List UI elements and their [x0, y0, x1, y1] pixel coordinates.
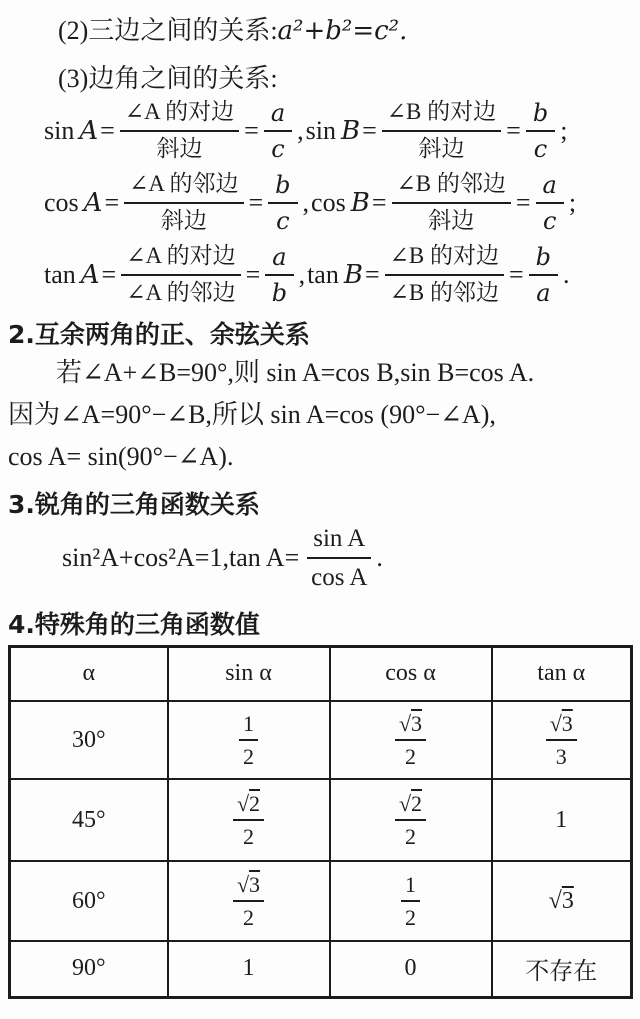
- tan-45-cell: 1: [492, 779, 632, 861]
- sin-60-cell: √3 2: [168, 861, 330, 941]
- variable: A: [81, 260, 100, 290]
- radical-sign: √: [237, 872, 249, 897]
- fraction-denominator: 斜边: [161, 204, 207, 236]
- fraction-denominator: 斜边: [428, 204, 474, 236]
- cos-30-cell: √3 2: [330, 701, 492, 779]
- pythagorean-formula: a²+b²=c².: [278, 16, 408, 46]
- fraction-numerator: a: [265, 242, 293, 276]
- variable: B: [351, 188, 370, 218]
- fraction: a b: [265, 242, 293, 308]
- radicand: 3: [562, 711, 573, 736]
- equals-sign: =: [372, 188, 387, 218]
- fraction-denominator: c: [543, 204, 556, 236]
- section-4-heading: 4.特殊角的三角函数值: [4, 608, 634, 641]
- equals-sign: =: [509, 260, 524, 290]
- header-tan-alpha: tan α: [492, 646, 632, 701]
- fraction: √3 2: [395, 710, 426, 771]
- fraction: √2 2: [395, 790, 426, 851]
- sides-relation-line: (2)三边之间的关系:a²+b²=c².: [4, 14, 634, 48]
- textbook-page: (2)三边之间的关系:a²+b²=c². (3)边角之间的关系: sin A =…: [0, 0, 640, 1019]
- fraction: ∠A 的邻边 斜边: [124, 170, 243, 236]
- fraction-denominator: c: [276, 204, 289, 236]
- fraction-denominator: a: [536, 276, 550, 308]
- fraction-denominator: 2: [405, 902, 416, 932]
- cos-45-cell: √2 2: [330, 779, 492, 861]
- section-2-paragraph-3: cos A= sin(90°−∠A).: [4, 440, 634, 474]
- fraction-denominator: c: [271, 132, 284, 164]
- radical-sign: √: [237, 791, 249, 816]
- angle-value: 30°: [10, 701, 168, 779]
- fraction-denominator: 2: [243, 821, 254, 851]
- fraction: √2 2: [233, 790, 264, 851]
- fraction-numerator: 1: [239, 710, 258, 742]
- function-name: tan: [307, 260, 339, 290]
- sin-30-cell: 1 2: [168, 701, 330, 779]
- radicand: 3: [249, 872, 260, 897]
- equals-sign: =: [516, 188, 531, 218]
- equals-sign: =: [100, 116, 115, 146]
- section-2-heading: 2.互余两角的正、余弦关系: [4, 318, 634, 351]
- angle-value: 90°: [10, 941, 168, 997]
- fraction: b c: [268, 170, 297, 236]
- function-name: tan: [44, 260, 76, 290]
- fraction-denominator: 斜边: [418, 132, 464, 164]
- variable: A: [79, 116, 98, 146]
- radicand: 3: [562, 888, 574, 914]
- fraction: a c: [264, 98, 292, 164]
- sides-relation-label: (2)三边之间的关系:: [58, 16, 278, 45]
- function-name: sin: [44, 116, 74, 146]
- sin-definition-formula: sin A = ∠A 的对边 斜边 = a c , sin B = ∠B 的对边…: [4, 98, 634, 164]
- header-cos-alpha: cos α: [330, 646, 492, 701]
- fraction-denominator: b: [272, 276, 287, 308]
- fraction-denominator: 3: [556, 741, 567, 771]
- fraction-numerator: a: [536, 170, 564, 204]
- variable: B: [341, 116, 360, 146]
- fraction-numerator: ∠B 的对边: [385, 242, 504, 276]
- section-2-paragraph-2: 因为∠A=90°−∠B,所以 sin A=cos (90°−∠A),: [4, 398, 634, 432]
- side-angle-relation-label: (3)边角之间的关系:: [58, 64, 278, 93]
- fraction-numerator: √2: [395, 790, 426, 822]
- table-row-60deg: 60° √3 2 1 2 √3: [10, 861, 632, 941]
- equals-sign: =: [362, 116, 377, 146]
- identity-left-side: sin²A+cos²A=1,tan A=: [62, 543, 299, 573]
- punctuation: .: [563, 260, 570, 290]
- fraction-numerator: ∠A 的对边: [120, 98, 239, 132]
- fraction: ∠B 的邻边 斜边: [392, 170, 511, 236]
- fraction: b a: [529, 242, 558, 308]
- fraction-numerator: √3: [233, 871, 264, 903]
- fraction-numerator: sin A: [307, 523, 371, 559]
- radicand: 2: [411, 791, 422, 816]
- angle-value: 60°: [10, 861, 168, 941]
- radical-sign: √: [399, 711, 411, 736]
- fraction-denominator: 2: [405, 821, 416, 851]
- fraction-numerator: b: [268, 170, 297, 204]
- punctuation: ;: [560, 116, 567, 146]
- fraction-denominator: c: [534, 132, 547, 164]
- fraction-denominator: cos A: [311, 559, 367, 593]
- punctuation: .: [376, 543, 383, 573]
- fraction-numerator: ∠A 的对边: [121, 242, 240, 276]
- fraction-denominator: 斜边: [156, 132, 202, 164]
- fraction: a c: [536, 170, 564, 236]
- header-sin-alpha: sin α: [168, 646, 330, 701]
- fraction: √3 2: [233, 871, 264, 932]
- equals-sign: =: [244, 116, 259, 146]
- equals-sign: =: [102, 260, 117, 290]
- radicand: 2: [249, 791, 260, 816]
- fraction-numerator: √3: [546, 710, 577, 742]
- header-alpha: α: [10, 646, 168, 701]
- fraction-numerator: b: [526, 98, 555, 132]
- fraction-numerator: ∠A 的邻边: [124, 170, 243, 204]
- function-name: cos: [44, 188, 79, 218]
- fraction-denominator: 2: [405, 741, 416, 771]
- table-row-90deg: 90° 1 0 不存在: [10, 941, 632, 997]
- equals-sign: =: [249, 188, 264, 218]
- section-3-heading: 3.锐角的三角函数关系: [4, 488, 634, 521]
- equals-sign: =: [104, 188, 119, 218]
- sin-45-cell: √2 2: [168, 779, 330, 861]
- fraction-denominator: ∠A 的邻边: [126, 276, 235, 308]
- variable: B: [344, 260, 363, 290]
- radical-sign: √: [549, 888, 562, 914]
- cos-90-cell: 0: [330, 941, 492, 997]
- cos-60-cell: 1 2: [330, 861, 492, 941]
- fraction: ∠B 的对边 ∠B 的邻边: [385, 242, 504, 308]
- equals-sign: =: [506, 116, 521, 146]
- side-angle-relation-line: (3)边角之间的关系:: [4, 62, 634, 96]
- table-row-30deg: 30° 1 2 √3 2 √3 3: [10, 701, 632, 779]
- comma: ,: [297, 116, 304, 146]
- tan-30-cell: √3 3: [492, 701, 632, 779]
- fraction-numerator: √2: [233, 790, 264, 822]
- radical-sign: √: [399, 791, 411, 816]
- angle-value: 45°: [10, 779, 168, 861]
- fraction: sin A cos A: [307, 523, 371, 594]
- sin-90-cell: 1: [168, 941, 330, 997]
- radicand: 3: [411, 711, 422, 736]
- fraction: ∠A 的对边 斜边: [120, 98, 239, 164]
- table-header-row: α sin α cos α tan α: [10, 646, 632, 701]
- tan-90-cell: 不存在: [492, 941, 632, 997]
- fraction-denominator: 2: [243, 741, 254, 771]
- comma: ,: [299, 260, 306, 290]
- comma: ,: [303, 188, 310, 218]
- fraction: ∠B 的对边 斜边: [382, 98, 501, 164]
- equals-sign: =: [365, 260, 380, 290]
- trig-identity-formula: sin²A+cos²A=1,tan A= sin A cos A .: [4, 523, 634, 594]
- fraction: ∠A 的对边 ∠A 的邻边: [121, 242, 240, 308]
- fraction: 1 2: [401, 871, 420, 932]
- square-root-value: √3: [549, 888, 574, 914]
- table-row-45deg: 45° √2 2 √2 2 1: [10, 779, 632, 861]
- fraction: 1 2: [239, 710, 258, 771]
- fraction-denominator: ∠B 的邻边: [390, 276, 499, 308]
- cos-definition-formula: cos A = ∠A 的邻边 斜边 = b c , cos B = ∠B 的邻边…: [4, 170, 634, 236]
- radical-sign: √: [550, 711, 562, 736]
- fraction: b c: [526, 98, 555, 164]
- punctuation: ;: [569, 188, 576, 218]
- fraction: √3 3: [546, 710, 577, 771]
- tan-60-cell: √3: [492, 861, 632, 941]
- fraction-numerator: 1: [401, 871, 420, 903]
- fraction-numerator: ∠B 的邻边: [392, 170, 511, 204]
- fraction-denominator: 2: [243, 902, 254, 932]
- fraction-numerator: b: [529, 242, 558, 276]
- special-angle-values-table: α sin α cos α tan α 30° 1 2 √3 2 √3: [8, 645, 633, 999]
- tan-definition-formula: tan A = ∠A 的对边 ∠A 的邻边 = a b , tan B = ∠B…: [4, 242, 634, 308]
- function-name: sin: [306, 116, 336, 146]
- fraction-numerator: ∠B 的对边: [382, 98, 501, 132]
- section-2-paragraph-1: 若∠A+∠B=90°,则 sin A=cos B,sin B=cos A.: [4, 356, 634, 390]
- function-name: cos: [311, 188, 346, 218]
- fraction-numerator: √3: [395, 710, 426, 742]
- fraction-numerator: a: [264, 98, 292, 132]
- equals-sign: =: [246, 260, 261, 290]
- variable: A: [84, 188, 103, 218]
